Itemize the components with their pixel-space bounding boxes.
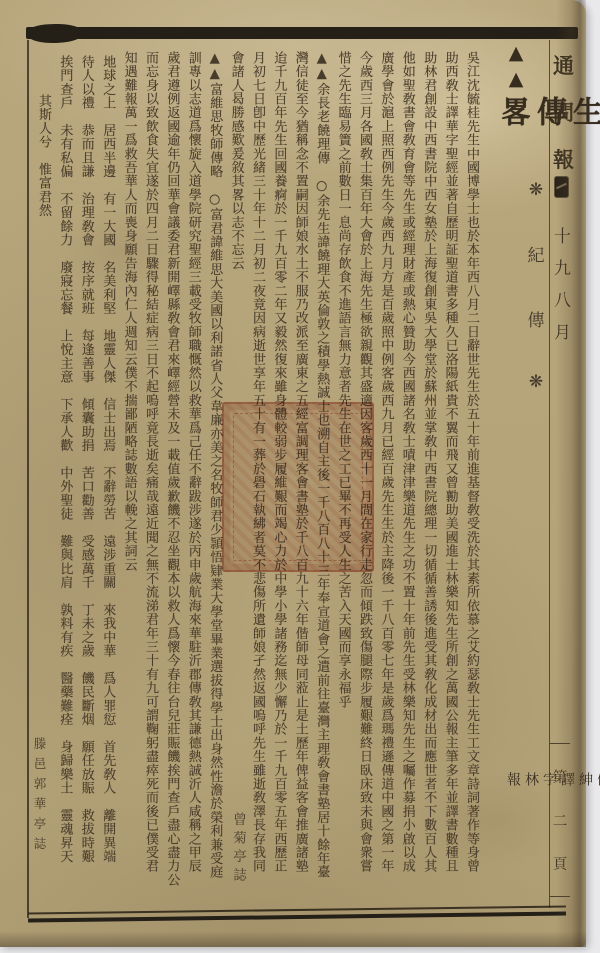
text-column-4: 他如聖敎書會敎育會等先生或經理財產或熱心贊助今西國諸名敎士嘖津津樂道先生之功不置… [397, 51, 417, 873]
date-char: 八 [554, 286, 571, 311]
text-column-15: 歲君遵例返國逾年仍回華會議委君新開嶧縣敎會君來嶧經營未及一載值歲歉饑不忍坐觀本以… [161, 51, 181, 887]
page-bottom-shadow [0, 931, 586, 947]
article-title-column: ▲▲ 百歲老人沈毓桂先生傳畧 鄒佩紳譯字林報 [492, 42, 530, 94]
masthead-char: 通 [553, 50, 574, 80]
left-border-rule [27, 40, 29, 918]
text-column-19: 待人以禮 恭而且謙 治理敎會 按序就班 每逢善事 傾囊助捐 苦口勸善 受感萬千 … [76, 55, 96, 863]
date-char: 十 [554, 222, 571, 247]
section-char: 紀 [528, 241, 545, 266]
text-column-17: 知遇難報萬一爲救吾華人而喪身願告海內仁人週知云僕不揣鄙陋略誌數語以輓之其詞云 [119, 51, 139, 572]
text-column-7: 惜之先生臨易簀之前數日一息尚存飲食不進語言無力意者先生在世之工已畢不再受人生之苦… [333, 51, 353, 709]
masthead-char: 報 [553, 144, 574, 174]
text-column-12: 會諸人曷勝感歎爰敘其畧以志不忘云 [226, 51, 246, 270]
signature-guo-huating: 滕邑郭華亭誌 [30, 737, 48, 857]
text-column-13: ▲▲富維思牧師傳略 ○富君諱維思大美國以利諾省人父韋廉亦美之名牧師君少頴悟肄業大… [204, 51, 224, 879]
text-column-5: 廣學會於滬上照西例先生今歲西九月方是百歲照中例客歲西九月已經百歲先生生於主降後一… [375, 51, 395, 873]
text-column-10: 迨千九百年先生回國養痾於一千九百零二年又毅然復來雖身體較弱步履維艱而竭心力於中學… [268, 51, 288, 873]
text-column-21: 其斯人兮 惟富君然 [33, 94, 53, 217]
page-number: 第 二 頁 [550, 743, 570, 897]
date-char: 九 [554, 254, 571, 279]
text-column-8: ▲▲余長老饒理傳 ○余先生諱饒理大英倫敦之積學熱誠士也溯自主後一千八百八十三年奉… [311, 51, 331, 879]
masthead-date: 十 九 八 月 [554, 222, 571, 343]
article-title: 百歲老人沈毓桂先生傳畧 [494, 96, 600, 145]
page-top-border-blot [27, 23, 84, 44]
date-char: 月 [554, 318, 571, 343]
triangle-marks-icon: ▲▲ [499, 42, 533, 94]
scan-backdrop: 通 問 報 十 九 八 月 第 二 頁 ❋ 紀 傳 ❋ ▲▲ [0, 0, 600, 953]
bottom-double-rule [28, 905, 566, 922]
text-column-18: 地球之上 居西半邊 有一大國 名美利堅 地靈人傑 信士出焉 不辭勞苦 遠涉重關 … [97, 55, 117, 863]
newspaper-page: 通 問 報 十 九 八 月 第 二 頁 ❋ 紀 傳 ❋ ▲▲ [0, 0, 586, 947]
text-column-6: 今歲西三月各國敎士集百年大會於上海先生極欲親觀其盛適因客歲西十一月間在家行走忽而… [354, 51, 374, 873]
text-column-3: 助林君創設中西書院中西女塾於上海復創東吳大學堂於蘇州並掌敎中西書院總理一切循循善… [418, 51, 438, 873]
translator-credit: 鄒佩紳譯字林報 [504, 772, 600, 787]
text-column-1: 吳江沈毓桂先生中國博學士也於本年西八月二日辭世先生於五十年前進基督敎受洗於其素所… [461, 51, 481, 873]
text-column-20: 挨門查戶 未有私偏 不留餘力 廢寢忘餐 上悅主意 下承人歡 中外聖徒 難與比肩 … [54, 55, 74, 863]
text-column-16: 而忘身以致飲食失宜遂於四月二日驟得秘結症病三日不起嗚呼竟長逝矣痛哉遠近聞之無不流… [140, 51, 160, 873]
page-top-border [26, 27, 578, 39]
text-column-9: 灣信徒至今猶稱念不置嗣因師娘水土不服乃改派至廣東之五經富調理客會書塾於千八百九十… [290, 51, 310, 873]
flower-ornament-icon: ❋ [529, 372, 543, 392]
masthead-ornament-icon [554, 176, 569, 198]
text-column-11: 月初七日卽中歷光緒三十年十二月初二夜竟因病逝世享年五十有一葬於礐石執紼者莫不悲傷… [247, 51, 267, 873]
section-char: 傳 [528, 306, 545, 331]
text-column-14: 訓專以志道爲懷旋入道學院研究聖經三載受牧師職慨然以救華爲己任不辭跋涉遂於丙申歲航… [183, 51, 203, 873]
page-number-char: 二 [553, 810, 568, 831]
section-header-jizhuan: ❋ 紀 傳 ❋ [526, 180, 546, 392]
text-column-2: 助西敎士譯華字聖經並著自歷明証聖道書多種久已洛陽紙貴不翼而飛又曾勷助美國進士林樂… [440, 51, 460, 873]
page-number-char: 頁 [553, 853, 568, 874]
flower-ornament-icon: ❋ [529, 180, 543, 200]
signature-zeng-juting: 曾菊亭誌 [228, 812, 248, 886]
